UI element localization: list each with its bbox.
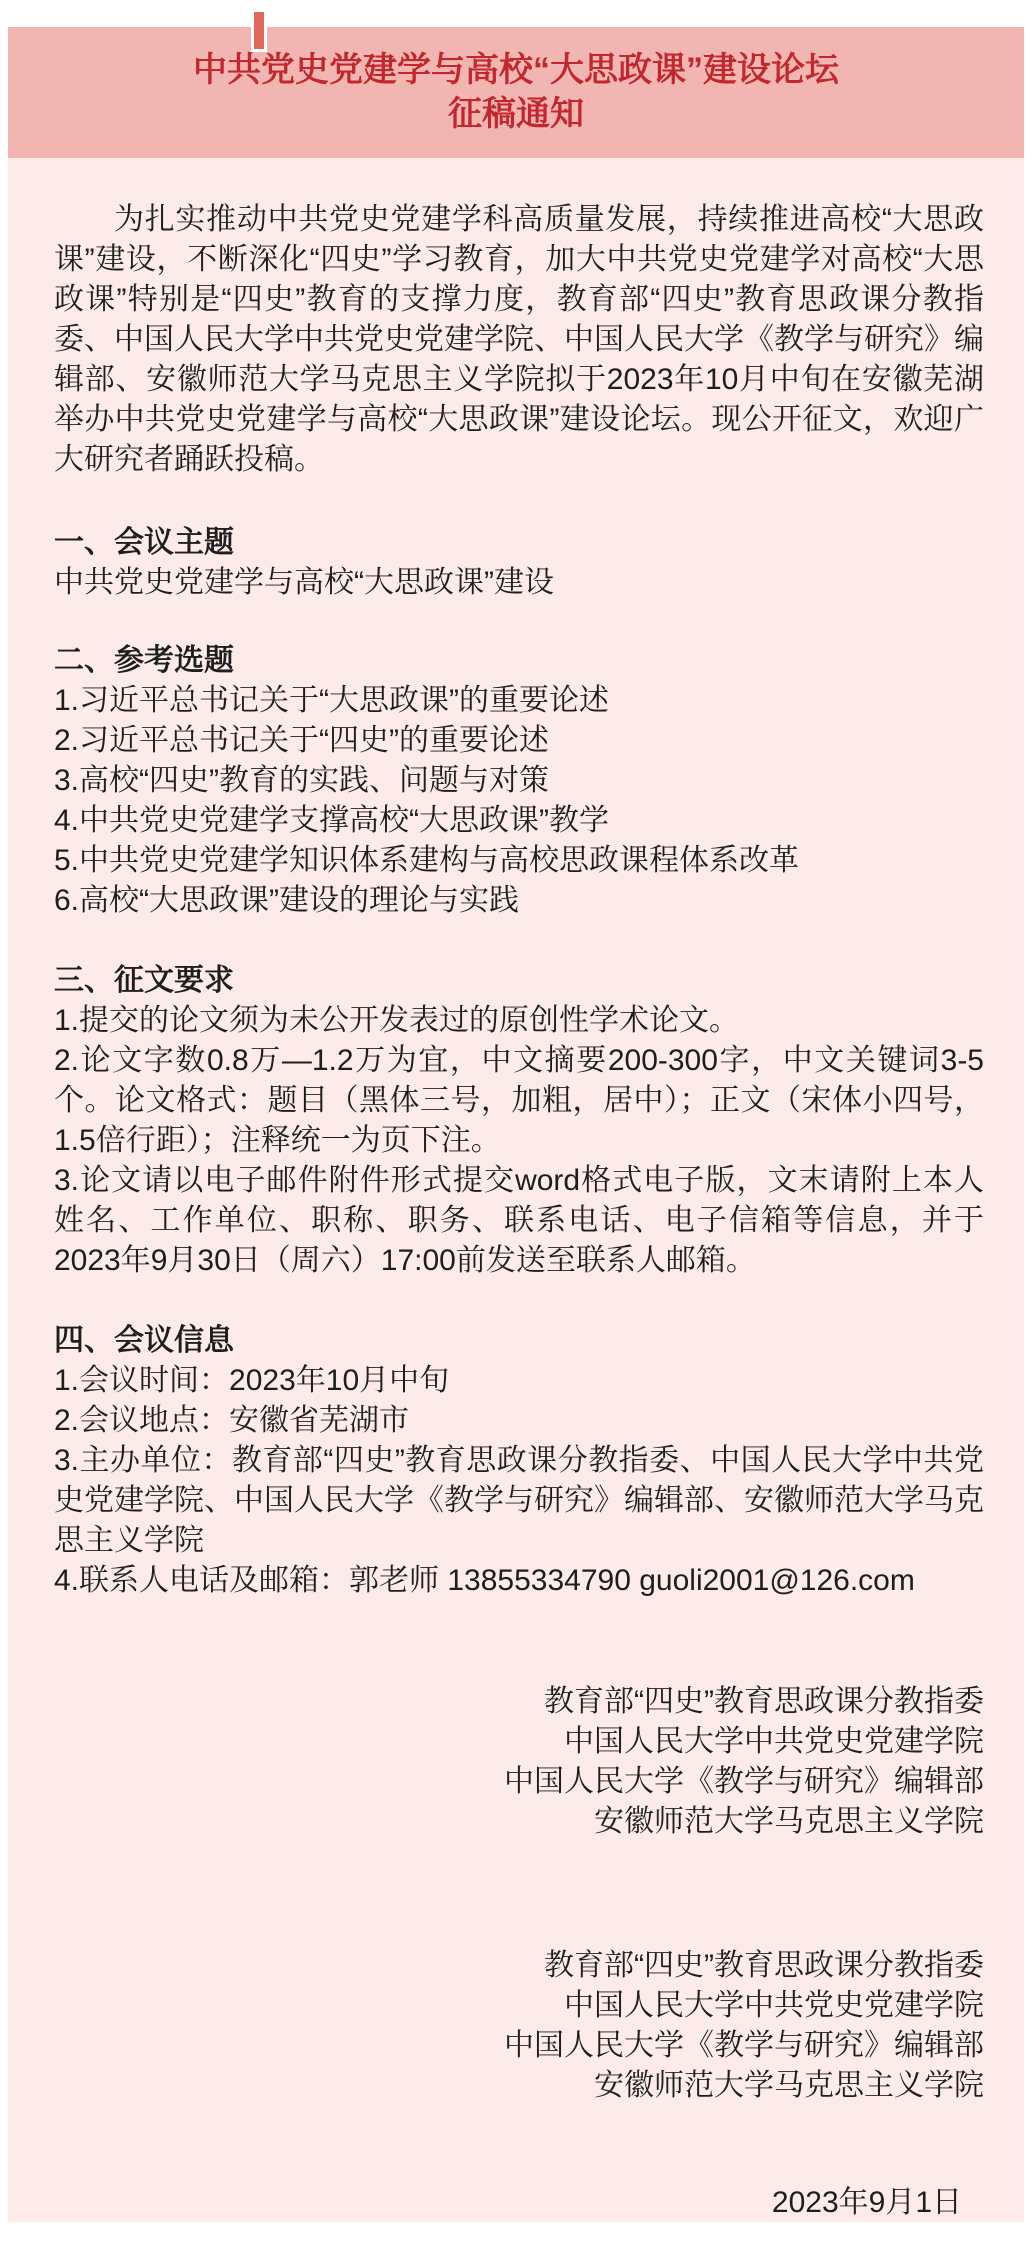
title-banner: 中共党史党建学与高校“大思政课”建设论坛 征稿通知 <box>8 27 1024 158</box>
signature-line: 中国人民大学《教学与研究》编辑部 <box>54 2026 984 2066</box>
section-line: 3.主办单位：教育部“四史”教育思政课分教指委、中国人民大学中共党史党建学院、中… <box>54 1441 984 1561</box>
section-line: 4.中共党史党建学支撑高校“大思政课”教学 <box>54 801 984 841</box>
section-meeting-theme: 一、会议主题 中共党史党建学与高校“大思政课”建设 <box>54 523 984 603</box>
section-line: 1.提交的论文须为未公开发表过的原创性学术论文。 <box>54 1001 984 1041</box>
signature-block-2: 教育部“四史”教育思政课分教指委 中国人民大学中共党史党建学院 中国人民大学《教… <box>54 1946 984 2106</box>
section-meeting-info: 四、会议信息 1.会议时间：2023年10月中旬 2.会议地点：安徽省芜湖市 3… <box>54 1321 984 1601</box>
section-heading: 一、会议主题 <box>54 523 984 563</box>
section-line: 3.高校“四史”教育的实践、问题与对策 <box>54 761 984 801</box>
section-line: 6.高校“大思政课”建设的理论与实践 <box>54 881 984 921</box>
intro-paragraph: 为扎实推动中共党史党建学科高质量发展，持续推进高校“大思政课”建设，不断深化“四… <box>54 200 984 480</box>
section-line: 2.论文字数0.8万—1.2万为宜，中文摘要200-300字，中文关键词3-5个… <box>54 1041 984 1161</box>
section-heading: 四、会议信息 <box>54 1321 984 1361</box>
section-submission-requirements: 三、征文要求 1.提交的论文须为未公开发表过的原创性学术论文。 2.论文字数0.… <box>54 961 984 1281</box>
notice-title-line-2: 征稿通知 <box>8 92 1024 136</box>
signature-block-1: 教育部“四史”教育思政课分教指委 中国人民大学中共党史党建学院 中国人民大学《教… <box>54 1682 984 1842</box>
signature-line: 中国人民大学中共党史党建学院 <box>54 1986 984 2026</box>
signature-line: 中国人民大学《教学与研究》编辑部 <box>54 1762 984 1802</box>
section-line: 1.会议时间：2023年10月中旬 <box>54 1361 984 1401</box>
section-heading: 二、参考选题 <box>54 641 984 681</box>
signature-line: 安徽师范大学马克思主义学院 <box>54 1802 984 1842</box>
notice-body: 为扎实推动中共党史党建学科高质量发展，持续推进高校“大思政课”建设，不断深化“四… <box>8 158 1024 2222</box>
section-reference-topics: 二、参考选题 1.习近平总书记关于“大思政课”的重要论述 2.习近平总书记关于“… <box>54 641 984 921</box>
section-line: 中共党史党建学与高校“大思政课”建设 <box>54 563 984 603</box>
notice-date: 2023年9月1日 <box>54 2183 984 2223</box>
signature-line: 教育部“四史”教育思政课分教指委 <box>54 1682 984 1722</box>
section-heading: 三、征文要求 <box>54 961 984 1001</box>
section-line: 2.习近平总书记关于“四史”的重要论述 <box>54 721 984 761</box>
signature-line: 安徽师范大学马克思主义学院 <box>54 2066 984 2106</box>
notice-page: 中共党史党建学与高校“大思政课”建设论坛 征稿通知 为扎实推动中共党史党建学科高… <box>0 0 1034 2250</box>
notice-title-line-1: 中共党史党建学与高校“大思政课”建设论坛 <box>8 48 1024 92</box>
signature-line: 中国人民大学中共党史党建学院 <box>54 1722 984 1762</box>
accent-bar <box>251 12 267 52</box>
section-line: 4.联系人电话及邮箱：郭老师 13855334790 guoli2001@126… <box>54 1561 984 1601</box>
section-line: 3.论文请以电子邮件附件形式提交word格式电子版，文末请附上本人姓名、工作单位… <box>54 1161 984 1281</box>
section-line: 1.习近平总书记关于“大思政课”的重要论述 <box>54 681 984 721</box>
signature-line: 教育部“四史”教育思政课分教指委 <box>54 1946 984 1986</box>
section-line: 2.会议地点：安徽省芜湖市 <box>54 1401 984 1441</box>
section-line: 5.中共党史党建学知识体系建构与高校思政课程体系改革 <box>54 841 984 881</box>
